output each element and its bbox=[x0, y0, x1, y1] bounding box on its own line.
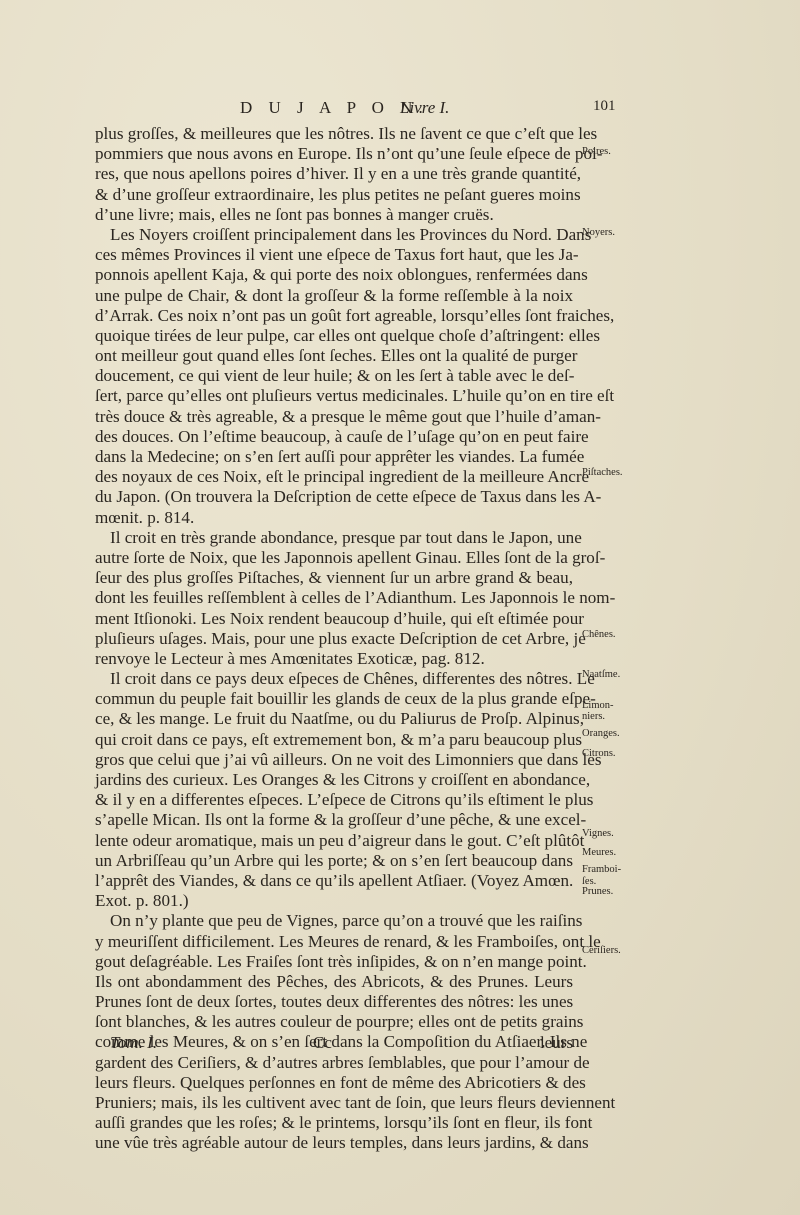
text-line: Il croit en très grande abondance, presq… bbox=[95, 528, 573, 548]
text-line: ponnois apellent Kaja, & qui porte des n… bbox=[95, 265, 573, 285]
text-line: gardent des Ceriſiers, & d’autres arbres… bbox=[95, 1053, 573, 1073]
text-line: qui croit dans ce pays, eſt extremement … bbox=[95, 730, 573, 750]
page-footer: Tom. I. Cc leurs bbox=[95, 1033, 573, 1053]
text-line: Les Noyers croiſſent principalement dans… bbox=[95, 225, 573, 245]
text-line: Exot. p. 801.) bbox=[95, 891, 573, 911]
text-line: du Japon. (On trouvera la Deſcription de… bbox=[95, 487, 573, 507]
margin-note: Oranges. bbox=[582, 728, 620, 739]
signature-mark: Cc bbox=[313, 1033, 332, 1053]
text-line: pluſieurs uſages. Mais, pour une plus ex… bbox=[95, 629, 573, 649]
text-line: ce, & les mange. Le fruit du Naatſme, ou… bbox=[95, 709, 573, 729]
text-line: y meuriſſent difficilement. Les Meures d… bbox=[95, 932, 573, 952]
catchword: leurs bbox=[540, 1033, 573, 1053]
body-text: plus groſſes, & meilleures que les nôtre… bbox=[95, 124, 573, 1154]
margin-note: Poires. bbox=[582, 146, 611, 157]
text-line: une vûe très agréable autour de leurs te… bbox=[95, 1133, 573, 1153]
text-line: très douce & très agreable, & a presque … bbox=[95, 407, 573, 427]
text-line: l’apprêt des Viandes, & dans ce qu’ils a… bbox=[95, 871, 573, 891]
text-line: pommiers que nous avons en Europe. Ils n… bbox=[95, 144, 573, 164]
text-line: plus groſſes, & meilleures que les nôtre… bbox=[95, 124, 573, 144]
page-number: 101 bbox=[593, 98, 616, 115]
text-line: autre ſorte de Noix, que les Japonnois a… bbox=[95, 548, 573, 568]
text-line: Il croit dans ce pays deux eſpeces de Ch… bbox=[95, 669, 573, 689]
text-line: renvoye le Lecteur à mes Amœnitates Exot… bbox=[95, 649, 573, 669]
margin-note: Citrons. bbox=[582, 748, 616, 759]
margin-note: Meures. bbox=[582, 847, 616, 858]
text-line: Prunes ſont de deux ſortes, toutes deux … bbox=[95, 992, 573, 1012]
text-line: res, que nous apellons poires d’hiver. I… bbox=[95, 164, 573, 184]
text-line: ment Itſionoki. Les Noix rendent beaucou… bbox=[95, 609, 573, 629]
margin-note: Chênes. bbox=[582, 629, 616, 640]
margin-note: Noyers. bbox=[582, 227, 615, 238]
text-line: gout deſagréable. Les Fraiſes ſont très … bbox=[95, 952, 573, 972]
margin-note: Ceriſiers. bbox=[582, 945, 621, 956]
text-line: & il y en a differentes eſpeces. L’eſpec… bbox=[95, 790, 573, 810]
text-line: un Arbriſſeau qu’un Arbre qui les porte;… bbox=[95, 851, 573, 871]
book-number: Livre I. bbox=[400, 98, 449, 118]
margin-note: Prunes. bbox=[582, 886, 613, 897]
text-line: gros que celui que j’ai vû ailleurs. On … bbox=[95, 750, 573, 770]
text-line: mœnit. p. 814. bbox=[95, 508, 573, 528]
text-line: Ils ont abondamment des Pêches, des Abri… bbox=[95, 972, 573, 992]
text-line: On n’y plante que peu de Vignes, parce q… bbox=[95, 911, 573, 931]
text-line: dans la Medecine; on s’en ſert auſſi pou… bbox=[95, 447, 573, 467]
text-line: ſert, parce qu’elles ont pluſieurs vertu… bbox=[95, 386, 573, 406]
text-line: lente odeur aromatique, mais un peu d’ai… bbox=[95, 831, 573, 851]
text-line: d’une livre; mais, elles ne ſont pas bon… bbox=[95, 205, 573, 225]
text-line: ont meilleur gout quand elles ſont ſeche… bbox=[95, 346, 573, 366]
margin-note: Framboi- bbox=[582, 864, 621, 875]
text-line: doucement, ce qui vient de leur huile; &… bbox=[95, 366, 573, 386]
running-head: D U J A P O N. Livre I. 101 bbox=[240, 98, 620, 122]
text-line: ſeur des plus groſſes Piſtaches, & vienn… bbox=[95, 568, 573, 588]
text-line: quoique tirées de leur pulpe, car elles … bbox=[95, 326, 573, 346]
text-line: d’Arrak. Ces noix n’ont pas un goût fort… bbox=[95, 306, 573, 326]
margin-note: Limon- bbox=[582, 700, 614, 711]
text-line: Pruniers; mais, ils les cultivent avec t… bbox=[95, 1093, 573, 1113]
margin-note: Vignes. bbox=[582, 828, 614, 839]
text-line: ces mêmes Provinces il vient une eſpece … bbox=[95, 245, 573, 265]
text-line: & d’une groſſeur extraordinaire, les plu… bbox=[95, 185, 573, 205]
margin-note: Naatſme. bbox=[582, 669, 620, 680]
text-line: dont les feuilles reſſemblent à celles d… bbox=[95, 588, 573, 608]
text-line: leurs fleurs. Quelques perſonnes en font… bbox=[95, 1073, 573, 1093]
margin-note: Piſtaches. bbox=[582, 467, 623, 478]
text-line: une pulpe de Chair, & dont la groſſeur &… bbox=[95, 286, 573, 306]
text-line: s’apelle Mican. Ils ont la forme & la gr… bbox=[95, 810, 573, 830]
text-line: des noyaux de ces Noix, eſt le principal… bbox=[95, 467, 573, 487]
book-page: D U J A P O N. Livre I. 101 plus groſſes… bbox=[0, 0, 800, 1215]
text-line: auſſi grandes que les roſes; & le printe… bbox=[95, 1113, 573, 1133]
text-line: ſont blanches, & les autres couleur de p… bbox=[95, 1012, 573, 1032]
text-line: des douces. On l’eſtime beaucoup, à cauſ… bbox=[95, 427, 573, 447]
volume-label: Tom. I. bbox=[110, 1033, 157, 1053]
text-line: jardins des curieux. Les Oranges & les C… bbox=[95, 770, 573, 790]
margin-note: niers. bbox=[582, 711, 605, 722]
text-line: commun du peuple fait bouillir les gland… bbox=[95, 689, 573, 709]
